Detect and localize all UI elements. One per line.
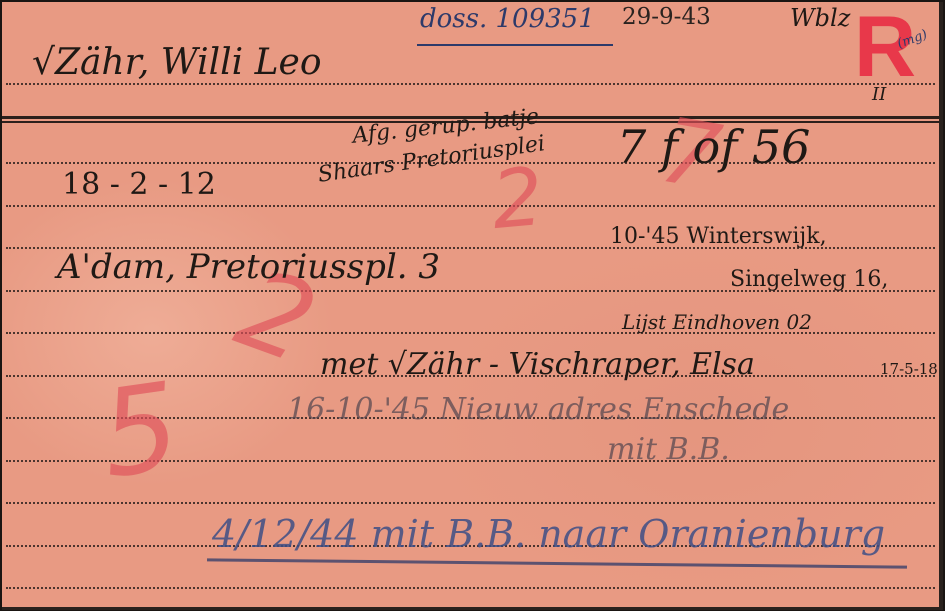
dossier-number: doss. 109351: [420, 4, 595, 34]
index-card: 5 2 7 2 √Zähr, Willi Leo doss. 109351 29…: [2, 2, 943, 610]
dotted-rule: [6, 205, 935, 207]
new-residence-line1: 10-'45 Winterswijk,: [610, 224, 827, 249]
dotted-rule: [6, 587, 935, 589]
new-residence-line2: Singelweg 16,: [730, 267, 888, 292]
faded-note-line1: 16-10-'45 Nieuw adres Enschede: [287, 392, 789, 427]
date-stamp: 29-9-43: [622, 4, 711, 30]
red-pencil-mark: 2: [488, 150, 547, 247]
dossier-underline: [417, 44, 613, 46]
person-name: √Zähr, Willi Leo: [32, 42, 322, 83]
new-residence-line3: Lijst Eindhoven 02: [622, 310, 812, 334]
deportation-note: 4/12/44 mit B.B. naar Oranienburg: [212, 512, 885, 556]
spouse-name: met √Zähr - Vischraper, Elsa: [320, 347, 755, 382]
superscript-mark: II: [872, 84, 886, 105]
dotted-rule: [6, 83, 935, 85]
deportation-underline: [207, 558, 907, 568]
address: A'dam, Pretoriusspl. 3: [57, 247, 440, 287]
dotted-rule: [6, 502, 935, 504]
birth-date: 18 - 2 - 12: [62, 167, 216, 202]
spouse-birth-date: 17-5-18: [880, 360, 938, 378]
faded-note-line2: mit B.B.: [607, 432, 730, 467]
classification-code: 7 f of 56: [617, 120, 810, 174]
initials: Wblz: [790, 4, 850, 32]
red-pencil-mark: 5: [93, 357, 188, 505]
